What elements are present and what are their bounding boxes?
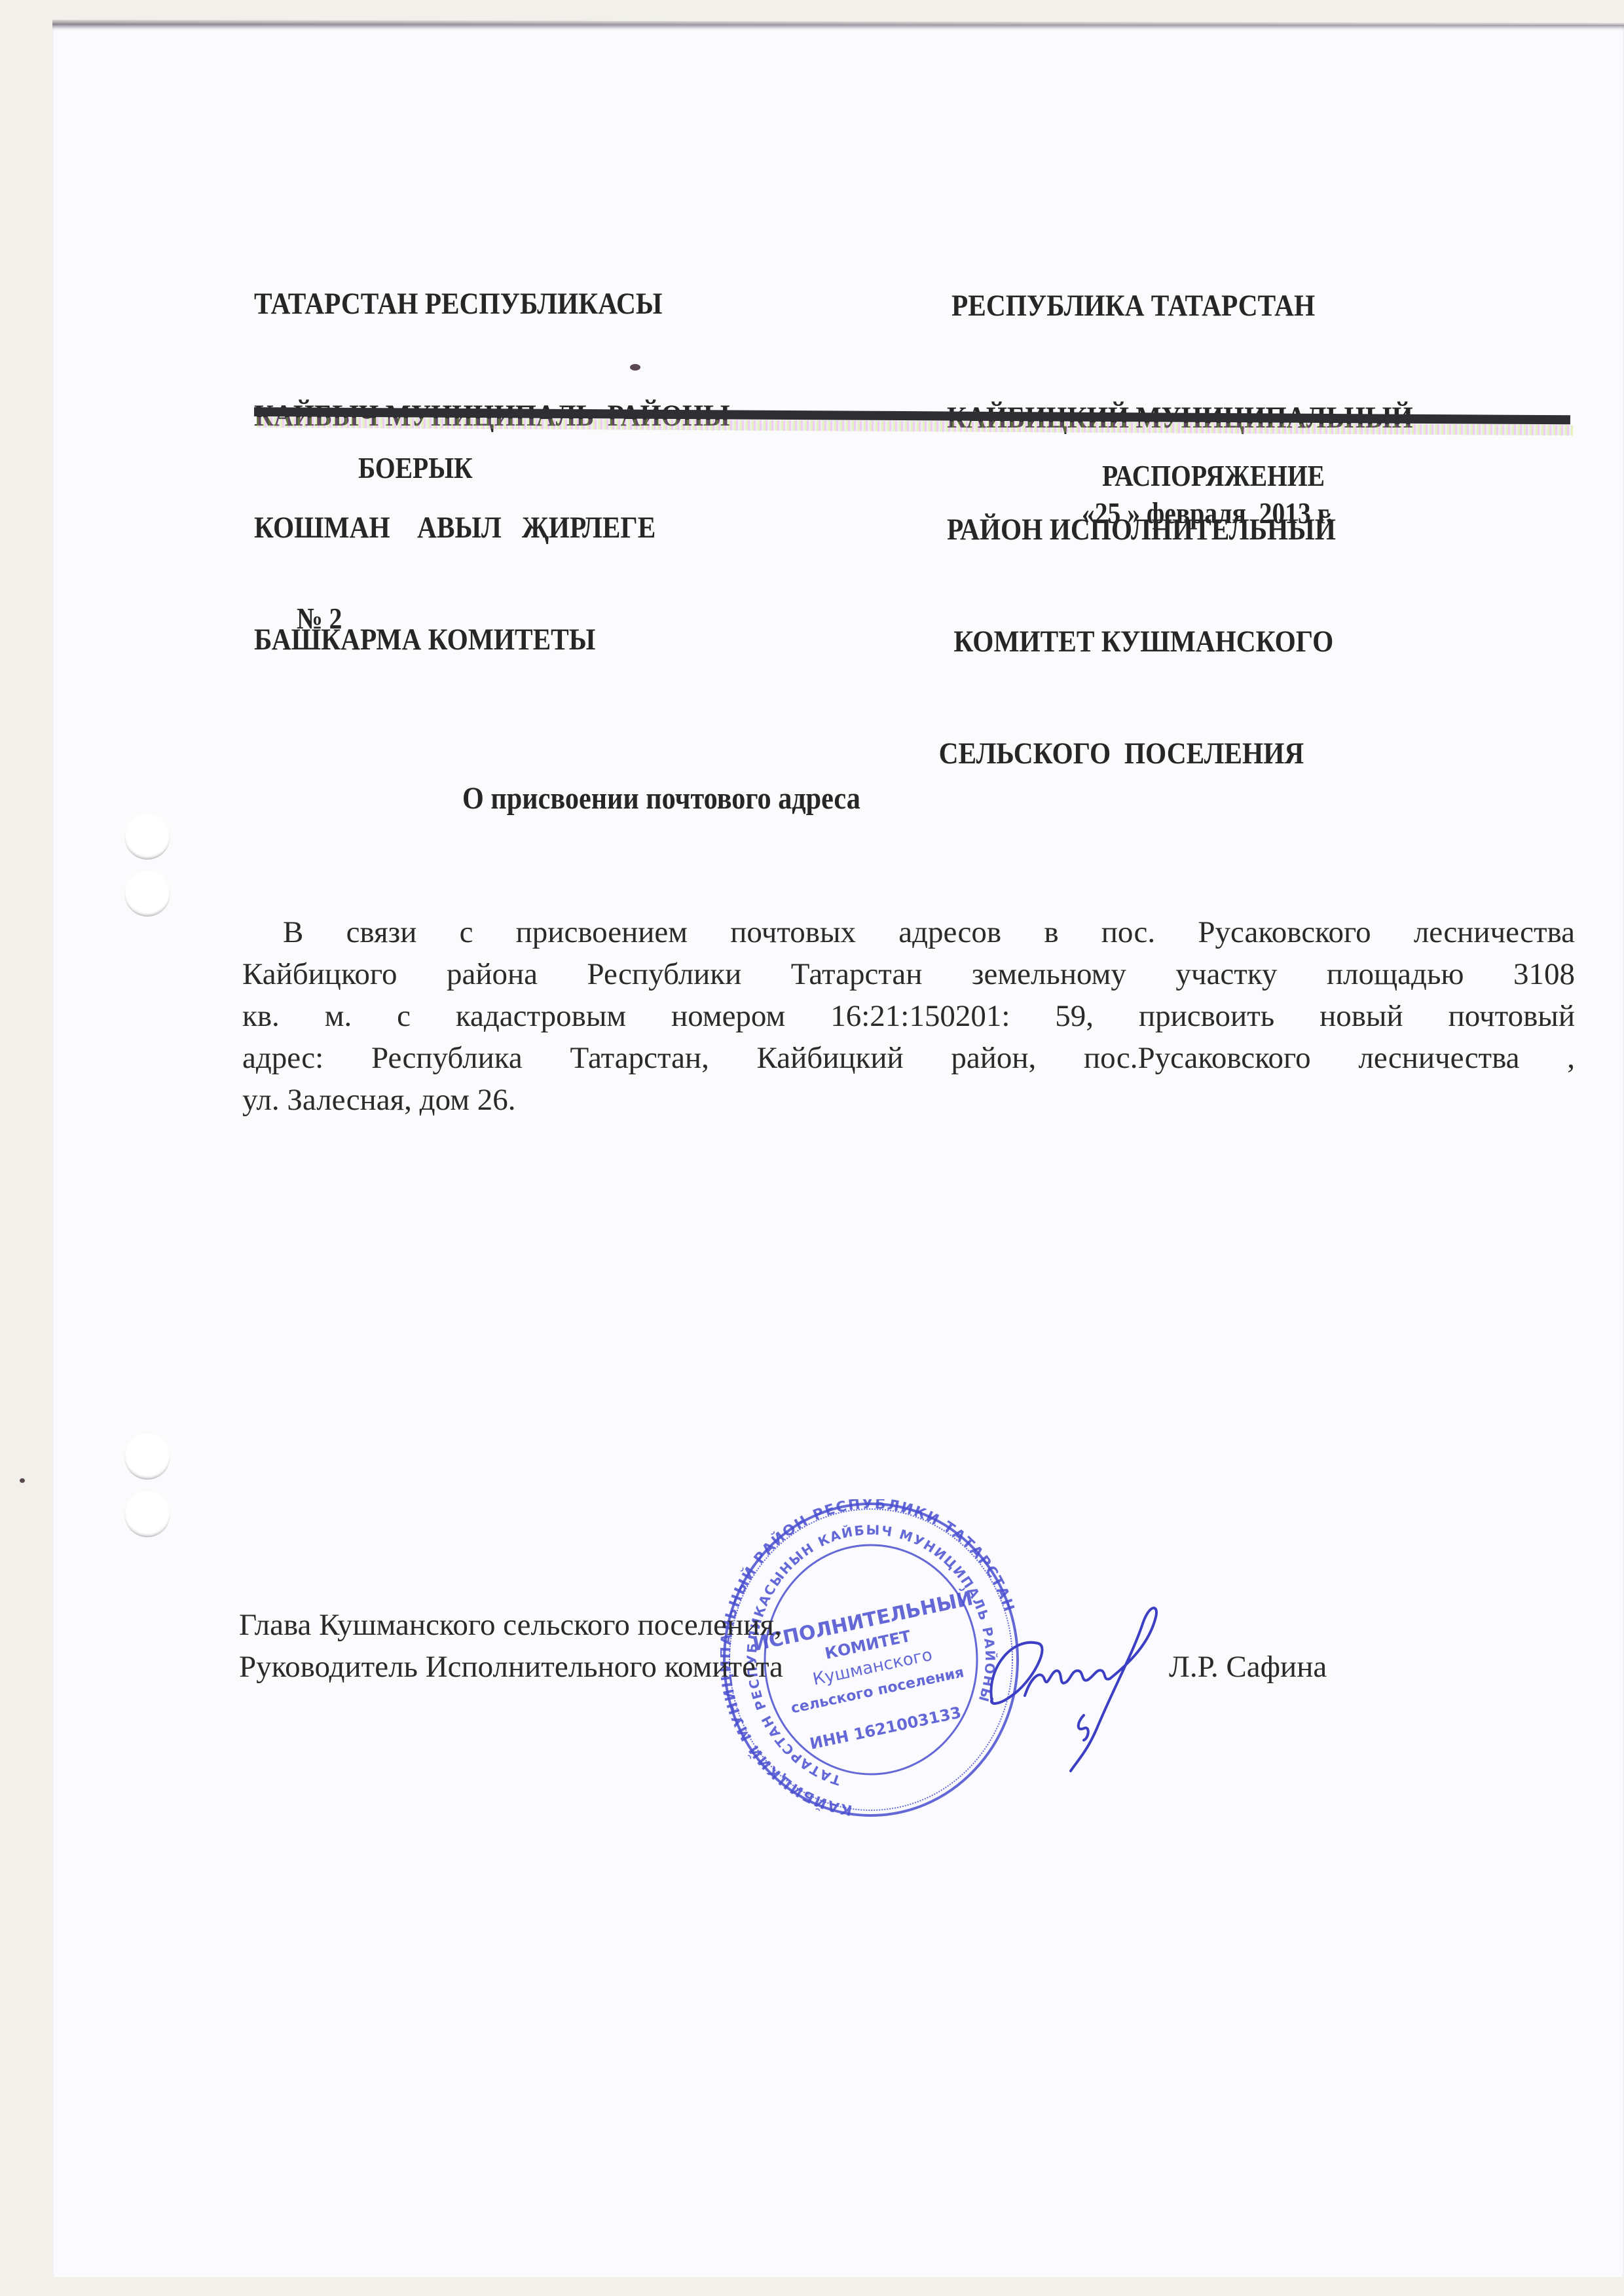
header-tatar-line: КОШМАН АВЫЛ ҖИРЛЕГЕ — [254, 509, 730, 547]
doc-date: «25 » февраля 2013 г. — [1082, 496, 1333, 531]
body-line: Кайбицкого района Республики Татарстан з… — [242, 953, 1575, 995]
header-tatar-line: ТАТАРСТАН РЕСПУБЛИКАСЫ — [254, 285, 730, 323]
punch-hole-icon — [124, 871, 170, 917]
header-russian-line: СЕЛЬСКОГО ПОСЕЛЕНИЯ — [939, 735, 1413, 773]
punch-hole-icon — [124, 814, 170, 860]
signer-position-line-2: Руководитель Исполнительного комитета — [239, 1650, 783, 1684]
doc-title: О присвоении почтового адреса — [462, 780, 860, 818]
body-line: адрес: Республика Татарстан, Кайбицкий р… — [242, 1037, 1575, 1079]
doc-type-tatar: БОЕРЫК — [358, 450, 473, 486]
doc-number: № 2 — [297, 601, 342, 636]
punch-hole-icon — [124, 1434, 170, 1480]
doc-body: В связи с присвоением почтовых адресов в… — [242, 911, 1575, 1121]
header-russian-line: РЕСПУБЛИКА ТАТАРСТАН — [947, 287, 1413, 325]
signer-position-line-1: Глава Кушманского сельского поселения, — [239, 1608, 782, 1642]
scan-speck — [20, 1478, 25, 1483]
signature-position-block: Глава Кушманского сельского поселения, Р… — [239, 1604, 783, 1688]
body-line: В связи с присвоением почтовых адресов в… — [242, 911, 1575, 953]
body-line: кв. м. с кадастровым номером 16:21:15020… — [242, 995, 1575, 1037]
body-line: ул. Залесная, дом 26. — [242, 1079, 1575, 1121]
handwritten-signature-icon — [986, 1591, 1208, 1774]
punch-hole-icon — [124, 1491, 170, 1537]
header-russian-line: КОМИТЕТ КУШМАНСКОГО — [947, 623, 1413, 661]
doc-type-russian: РАСПОРЯЖЕНИЕ — [1102, 458, 1325, 494]
